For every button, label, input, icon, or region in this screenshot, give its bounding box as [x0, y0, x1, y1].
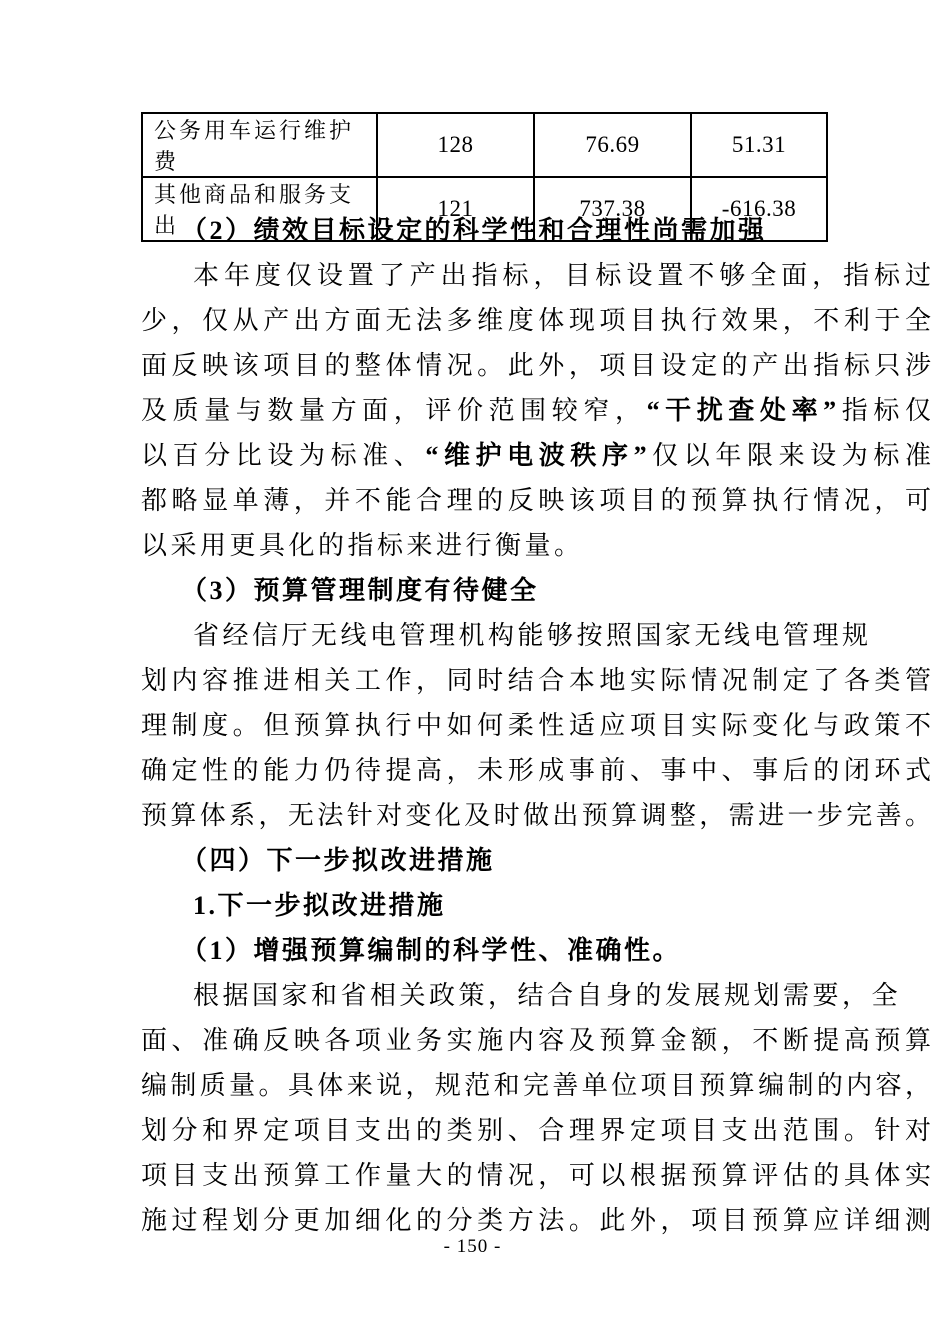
para2-line3: 理制度。但预算执行中如何柔性适应项目实际变化与政策不: [141, 703, 931, 748]
heading-next-steps-sub: 1.下一步拟改进措施: [141, 883, 931, 928]
table-cell-label: 公务用车运行维护费: [142, 113, 377, 177]
para1-line7: 以采用更具化的指标来进行衡量。: [141, 523, 931, 568]
para1-line4-text: 指标仅: [836, 396, 931, 425]
document-body: （2）绩效目标设定的科学性和合理性尚需加强 本年度仅设置了产出指标，目标设置不够…: [141, 208, 931, 1243]
para2-line2: 划内容推进相关工作，同时结合本地实际情况制定了各类管: [141, 658, 931, 703]
para1-line4-text: 及质量与数量方面，评价范围较窄，: [141, 396, 647, 425]
table-cell-value: 76.69: [534, 113, 691, 177]
para1-line5: 以百分比设为标准、“维护电波秩序”仅以年限来设为标准: [141, 433, 931, 478]
table-row: 公务用车运行维护费 128 76.69 51.31: [142, 113, 827, 177]
heading-budget-system: （3）预算管理制度有待健全: [141, 568, 931, 613]
page-number: - 150 -: [0, 1236, 945, 1258]
para3-line3: 编制质量。具体来说，规范和完善单位项目预算编制的内容，: [141, 1063, 931, 1108]
para1-line2: 少，仅从产出方面无法多维度体现项目执行效果，不利于全: [141, 298, 931, 343]
document-page: 公务用车运行维护费 128 76.69 51.31 其他商品和服务支出 121 …: [0, 0, 945, 1336]
para3-line1: 根据国家和省相关政策，结合自身的发展规划需要，全: [141, 973, 931, 1018]
para1-line3: 面反映该项目的整体情况。此外，项目设定的产出指标只涉: [141, 343, 931, 388]
table-cell-value: 128: [377, 113, 534, 177]
para1-line5-text: 以百分比设为标准、: [141, 441, 425, 470]
para1-line5-bold-term: “维护电波秩序”: [425, 441, 646, 470]
para1-line1: 本年度仅设置了产出指标，目标设置不够全面，指标过: [141, 253, 931, 298]
para2-line4: 确定性的能力仍待提高，未形成事前、事中、事后的闭环式: [141, 748, 931, 793]
para2-line1: 省经信厅无线电管理机构能够按照国家无线电管理规: [141, 613, 931, 658]
para1-line6: 都略显单薄，并不能合理的反映该项目的预算执行情况，可: [141, 478, 931, 523]
para2-line5: 预算体系，无法针对变化及时做出预算调整，需进一步完善。: [141, 793, 931, 838]
para1-line4: 及质量与数量方面，评价范围较窄，“干扰查处率”指标仅: [141, 388, 931, 433]
heading-next-steps: （四）下一步拟改进措施: [141, 838, 931, 883]
para1-line4-bold-term: “干扰查处率”: [647, 396, 837, 425]
table-cell-value: 51.31: [691, 113, 827, 177]
para1-line5-text: 仅以年限来设为标准: [647, 441, 931, 470]
para3-line2: 面、准确反映各项业务实施内容及预算金额，不断提高预算: [141, 1018, 931, 1063]
heading-improve-budgeting: （1）增强预算编制的科学性、准确性。: [141, 928, 931, 973]
para3-line4: 划分和界定项目支出的类别、合理界定项目支出范围。针对: [141, 1108, 931, 1153]
para3-line5: 项目支出预算工作量大的情况，可以根据预算评估的具体实: [141, 1153, 931, 1198]
heading-performance-targets: （2）绩效目标设定的科学性和合理性尚需加强: [141, 208, 931, 253]
